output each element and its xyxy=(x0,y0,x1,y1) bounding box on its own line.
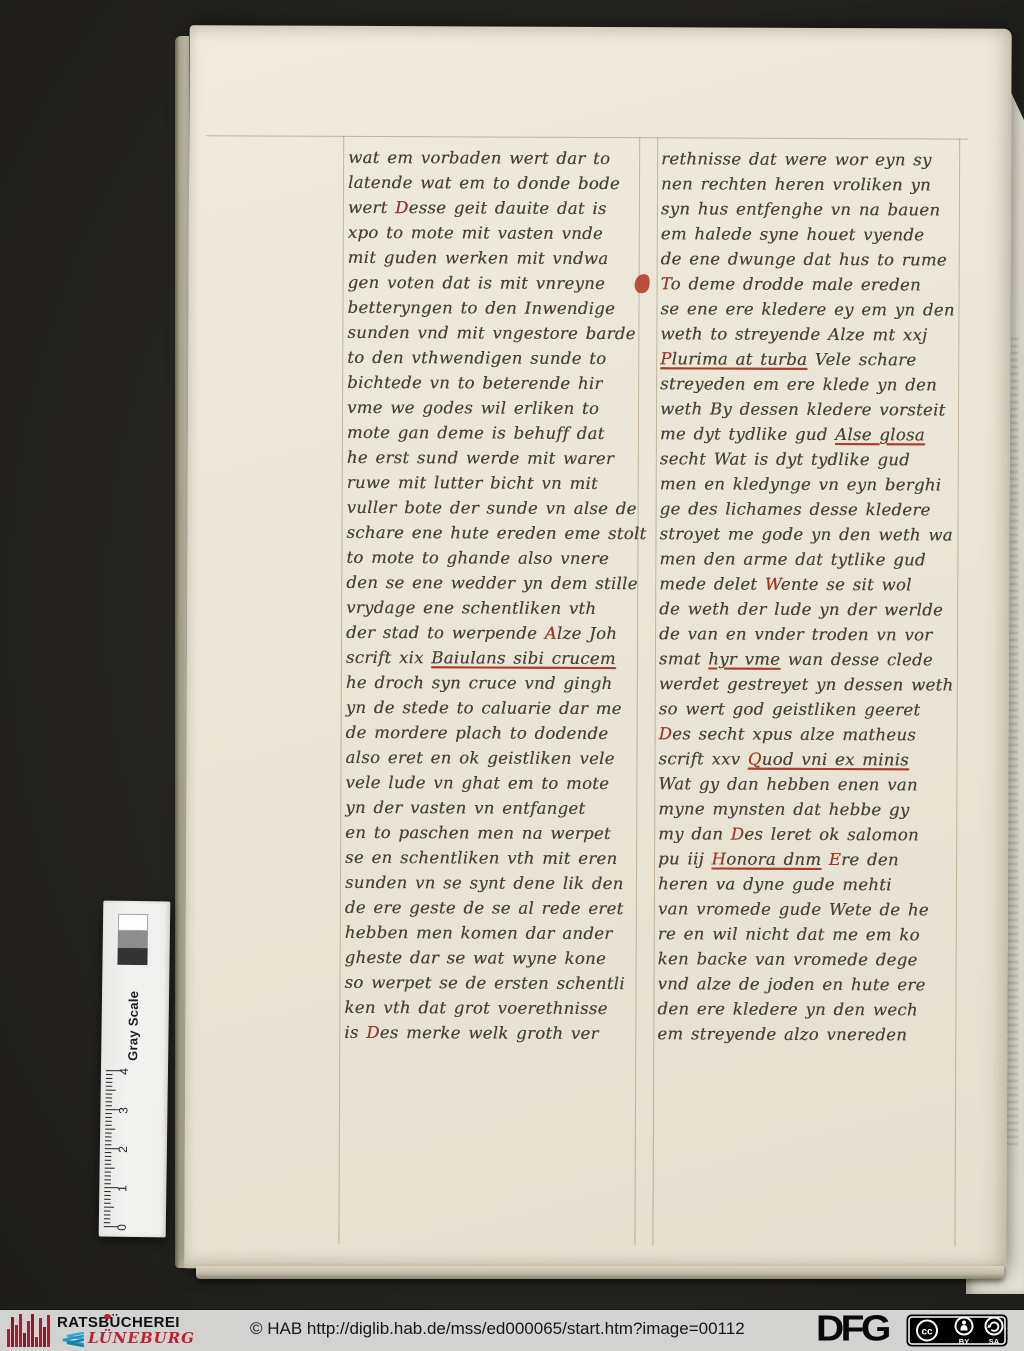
manuscript-text-line: em streyende alzo vnereden xyxy=(657,1021,957,1047)
ruling-line-col2-left xyxy=(652,137,658,1245)
manuscript-text-line: he droch syn cruce vnd gingh xyxy=(346,670,638,696)
manuscript-text-line: smat hyr vme wan desse clede xyxy=(659,646,959,672)
manuscript-text-line: nen rechten heren vroliken yn xyxy=(661,171,961,197)
manuscript-text-line: rethnisse dat were wor eyn sy xyxy=(661,146,961,172)
manuscript-text-line: de ere geste de se al rede eret xyxy=(345,895,637,921)
manuscript-text-line: wert Desse geit dauite dat is xyxy=(348,195,640,221)
manuscript-text-line: de van en vnder troden vn vor xyxy=(659,621,959,647)
manuscript-column-right: rethnisse dat were wor eyn synen rechten… xyxy=(657,146,961,1047)
ruling-line-top xyxy=(206,135,968,139)
manuscript-text-line: me dyt tydlike gud Alse glosa xyxy=(660,421,960,447)
grayscale-patches xyxy=(117,914,148,965)
manuscript-text-line: weth By dessen kledere vorsteit xyxy=(660,396,960,422)
manuscript-text-line: to den vthwendigen sunde to xyxy=(347,345,639,371)
cc-by-sa-badge: cc BY SA xyxy=(906,1314,1008,1347)
manuscript-text-line: se ene ere kledere ey em yn den xyxy=(660,296,960,322)
ruler-number: 0 xyxy=(115,1224,129,1231)
cc-sa-label: SA xyxy=(989,1337,1000,1346)
manuscript-text-line: syn hus entfenghe vn na bauen xyxy=(661,196,961,222)
ruling-line-col1-left xyxy=(338,136,344,1244)
ruler-number: 3 xyxy=(116,1107,130,1114)
ruler-number: 2 xyxy=(116,1146,130,1153)
manuscript-text-line: also eret en ok geistliken vele xyxy=(345,745,637,771)
library-logo-bars-icon xyxy=(7,1313,53,1349)
ruler-number: 1 xyxy=(115,1185,129,1192)
manuscript-text-line: hebben men komen dar ander xyxy=(345,920,637,946)
manuscript-text-line: weth to streyende Alze mt xxj xyxy=(660,321,960,347)
manuscript-text-line: xpo to mote mit vasten vnde xyxy=(348,220,640,246)
footer-bar: RATSBÜCHEREI LÜNEBURG © HAB http://digli… xyxy=(0,1310,1024,1351)
manuscript-text-line: gen voten dat is mit vnreyne xyxy=(348,270,640,296)
manuscript-text-line: mit guden werken mit vndwa xyxy=(348,245,640,271)
manuscript-text-line: yn der vasten vn entfanget xyxy=(345,795,637,821)
rubric-paragraph-mark xyxy=(635,274,650,293)
manuscript-text-line: em halede syne houet vyende xyxy=(661,221,961,247)
manuscript-column-left: wat em vorbaden wert dar tolatende wat e… xyxy=(344,145,640,1046)
manuscript-text-line: betteryngen to den Inwendige xyxy=(347,295,639,321)
page-stack-bottom-edge xyxy=(196,1266,1004,1279)
manuscript-text-line: To deme drodde male ereden xyxy=(661,271,961,297)
library-city: LÜNEBURG xyxy=(88,1329,195,1347)
manuscript-text-line: Plurima at turba Vele schare xyxy=(660,346,960,372)
manuscript-text-line: scrift xxv Quod vni ex minis xyxy=(658,746,958,772)
manuscript-text-line: ge des lichames desse kledere xyxy=(660,496,960,522)
manuscript-text-line: de ene dwunge dat hus to rume xyxy=(661,246,961,272)
manuscript-text-line: en to paschen men na werpet xyxy=(345,820,637,846)
manuscript-text-line: is Des merke welk groth ver xyxy=(344,1020,636,1046)
manuscript-text-line: der stad to werpende Alze Joh xyxy=(346,620,638,646)
manuscript-text-line: latende wat em to donde bode xyxy=(348,170,640,196)
cc-icon: cc xyxy=(921,1327,933,1338)
manuscript-text-line: yn de stede to caluarie dar me xyxy=(346,695,638,721)
cc-by-label: BY xyxy=(959,1337,969,1346)
red-umlaut-accent xyxy=(104,1314,111,1319)
manuscript-text-line: vme we godes wil erliken to xyxy=(347,395,639,421)
manuscript-text-line: pu iij Honora dnm Ere den xyxy=(658,846,958,872)
manuscript-text-line: sunden vn se synt dene lik den xyxy=(345,870,637,896)
manuscript-text-line: heren va dyne gude mehti xyxy=(658,871,958,897)
manuscript-text-line: to mote to ghande also vnere xyxy=(346,545,638,571)
manuscript-text-line: scrift xix Baiulans sibi crucem xyxy=(346,645,638,671)
manuscript-text-line: myne mynsten dat hebbe gy xyxy=(658,796,958,822)
manuscript-text-line: ken vth dat grot voerethnisse xyxy=(344,995,636,1021)
manuscript-text-line: re en wil nicht dat me em ko xyxy=(658,921,958,947)
manuscript-text-line: vele lude vn ghat em to mote xyxy=(345,770,637,796)
manuscript-text-line: streyeden em ere klede yn den xyxy=(660,371,960,397)
manuscript-text-line: mote gan deme is behuff dat xyxy=(347,420,639,446)
grayscale-patch-white xyxy=(118,914,148,931)
ruler-ticks: 43210 xyxy=(102,1067,166,1234)
manuscript-text-line: ken backe van vromede dege xyxy=(658,946,958,972)
ruler-number: 4 xyxy=(117,1068,131,1075)
manuscript-text-line: vnd alze de joden en hute ere xyxy=(657,971,957,997)
manuscript-text-line: den ere kledere yn den wech xyxy=(657,996,957,1022)
manuscript-text-line: ruwe mit lutter bicht vn mit xyxy=(347,470,639,496)
copyright-watermark: © HAB http://diglib.hab.de/mss/ed000065/… xyxy=(250,1319,745,1339)
manuscript-text-line: stroyet me gode yn den weth wa xyxy=(659,521,959,547)
manuscript-text-line: de weth der lude yn der werlde xyxy=(659,596,959,622)
open-book-icon xyxy=(57,1331,85,1348)
manuscript-text-line: he erst sund werde mit warer xyxy=(347,445,639,471)
manuscript-text-line: mede delet Wente se sit wol xyxy=(659,571,959,597)
dfg-logo: DFG xyxy=(816,1309,888,1349)
grayscale-patch-black xyxy=(117,948,147,965)
manuscript-text-line: werdet gestreyet yn dessen weth xyxy=(659,671,959,697)
manuscript-text-line: secht Wat is dyt tydlike gud xyxy=(660,446,960,472)
manuscript-text-line: men en kledynge vn eyn berghi xyxy=(660,471,960,497)
manuscript-text-line: vuller bote der sunde vn alse de xyxy=(347,495,639,521)
manuscript-page: wat em vorbaden wert dar tolatende wat e… xyxy=(184,25,1011,1272)
manuscript-text-line: van vromede gude Wete de he xyxy=(658,896,958,922)
manuscript-text-line: so werpet se de ersten schentli xyxy=(344,970,636,996)
manuscript-text-line: vrydage ene schentliken vth xyxy=(346,595,638,621)
manuscript-text-line: wat em vorbaden wert dar to xyxy=(348,145,640,171)
manuscript-text-line: Des secht xpus alze matheus xyxy=(659,721,959,747)
manuscript-text-line: den se ene wedder yn dem stille xyxy=(346,570,638,596)
manuscript-text-line: gheste dar se wat wyne kone xyxy=(345,945,637,971)
grayscale-calibration-card: Gray Scale 43210 xyxy=(99,901,171,1238)
manuscript-text-line: my dan Des leret ok salomon xyxy=(658,821,958,847)
grayscale-patch-gray xyxy=(118,931,148,948)
manuscript-text-line: sunden vnd mit vngestore barde xyxy=(347,320,639,346)
manuscript-text-line: bichtede vn to beterende hir xyxy=(347,370,639,396)
manuscript-text-line: so wert god geistliken geeret xyxy=(659,696,959,722)
manuscript-text-line: se en schentliken vth mit eren xyxy=(345,845,637,871)
manuscript-text-line: Wat gy dan hebben enen van xyxy=(658,771,958,797)
manuscript-text-line: de mordere plach to dodende xyxy=(346,720,638,746)
manuscript-scan-viewport: wat em vorbaden wert dar tolatende wat e… xyxy=(0,0,1024,1351)
manuscript-text-line: schare ene hute ereden eme stolt xyxy=(346,520,638,546)
manuscript-text-line: men den arme dat tytlike gud xyxy=(659,546,959,572)
grayscale-card-label: Gray Scale xyxy=(125,991,141,1061)
